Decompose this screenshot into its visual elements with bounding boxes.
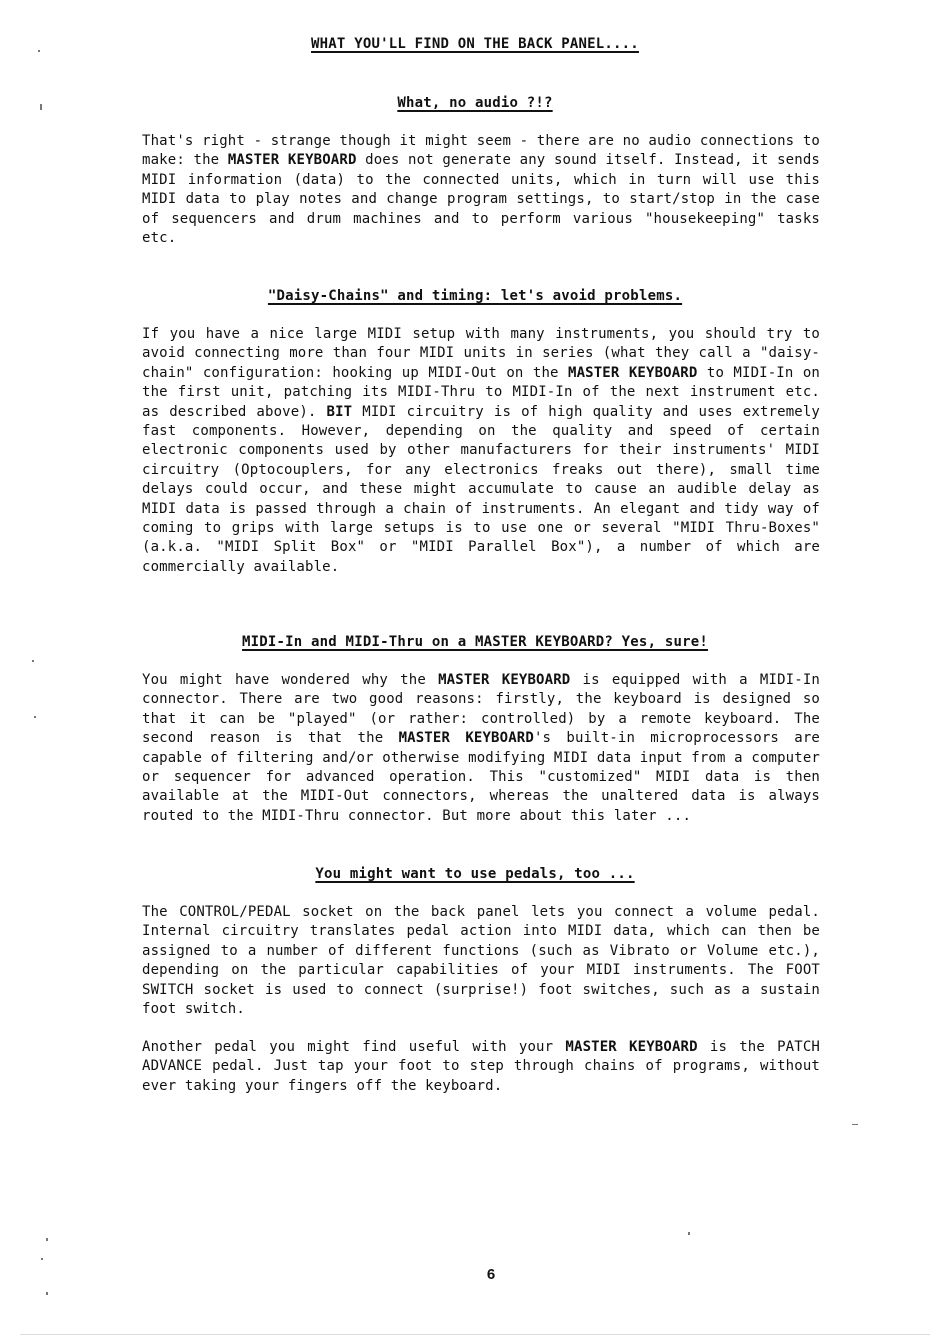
section-heading-daisy-chains: "Daisy-Chains" and timing: let's avoid p…	[0, 288, 950, 304]
scan-speck	[41, 1258, 43, 1260]
scan-speck	[46, 1238, 48, 1241]
section-heading-text: You might want to use pedals, too ...	[315, 866, 634, 882]
scan-edge-line	[20, 1334, 930, 1335]
page-title-text: WHAT YOU'LL FIND ON THE BACK PANEL....	[311, 36, 639, 52]
page-number: 6	[0, 1266, 950, 1283]
scan-speck	[688, 1232, 690, 1235]
section-heading-pedals: You might want to use pedals, too ...	[0, 866, 950, 882]
bold-term: MASTER KEYBOARD	[568, 365, 698, 381]
scan-speck	[34, 716, 36, 718]
paragraph-patch-advance: Another pedal you might find useful with…	[142, 1038, 820, 1096]
scan-speck	[46, 1292, 48, 1295]
bold-term: MASTER KEYBOARD	[438, 672, 570, 688]
scan-speck	[38, 50, 40, 52]
section-heading-text: MIDI-In and MIDI-Thru on a MASTER KEYBOA…	[242, 634, 708, 650]
scan-speck	[32, 660, 34, 662]
paragraph-pedals: The CONTROL/PEDAL socket on the back pan…	[142, 903, 820, 1019]
page-title: WHAT YOU'LL FIND ON THE BACK PANEL....	[0, 36, 950, 52]
paragraph-daisy-chains: If you have a nice large MIDI setup with…	[142, 325, 820, 577]
document-page: WHAT YOU'LL FIND ON THE BACK PANEL.... W…	[0, 0, 950, 1343]
bold-term: MASTER KEYBOARD	[399, 730, 534, 746]
paragraph-no-audio: That's right - strange though it might s…	[142, 132, 820, 248]
section-heading-text: What, no audio ?!?	[397, 95, 552, 111]
bold-term: MASTER KEYBOARD	[565, 1039, 697, 1055]
scan-speck	[852, 1124, 858, 1125]
scan-speck	[40, 104, 42, 110]
section-heading-midi-in-thru: MIDI-In and MIDI-Thru on a MASTER KEYBOA…	[0, 634, 950, 650]
section-heading-no-audio: What, no audio ?!?	[0, 95, 950, 111]
section-heading-text: "Daisy-Chains" and timing: let's avoid p…	[268, 288, 682, 304]
paragraph-midi-in-thru: You might have wondered why the MASTER K…	[142, 671, 820, 826]
bold-term: BIT	[327, 404, 353, 420]
bold-term: MASTER KEYBOARD	[228, 152, 357, 168]
